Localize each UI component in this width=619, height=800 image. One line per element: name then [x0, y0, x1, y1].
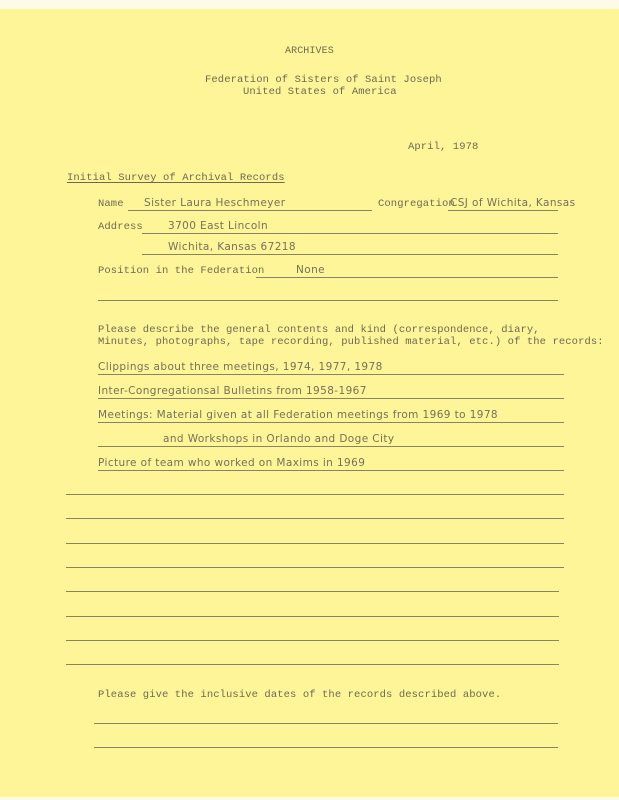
contents-entry[interactable]: Inter-Congregationsal Bulletins from 195…: [98, 385, 367, 397]
contents-line: [98, 422, 564, 423]
congregation-field[interactable]: CSJ of Wichita, Kansas: [450, 197, 576, 209]
form-heading: Initial Survey of Archival Records: [67, 172, 285, 184]
blank-line: [66, 567, 564, 568]
contents-entry[interactable]: Meetings: Material given at all Federati…: [98, 409, 498, 421]
position-label: Position in the Federation: [98, 265, 264, 277]
address-field-1[interactable]: 3700 East Lincoln: [168, 220, 268, 232]
address-label: Address: [98, 221, 143, 233]
contents-entry[interactable]: Picture of team who worked on Maxims in …: [98, 457, 365, 469]
position-extra-line: [98, 300, 558, 301]
dates-prompt: Please give the inclusive dates of the r…: [98, 689, 501, 701]
contents-entry[interactable]: Clippings about three meetings, 1974, 19…: [98, 361, 383, 373]
address-field-2[interactable]: Wichita, Kansas 67218: [168, 241, 296, 253]
dates-line: [94, 747, 558, 748]
organization-name: Federation of Sisters of Saint Joseph: [205, 74, 442, 86]
contents-prompt-1: Please describe the general contents and…: [98, 324, 540, 336]
contents-line: [98, 446, 564, 447]
contents-line: [98, 374, 564, 375]
blank-line: [66, 591, 559, 592]
country: United States of America: [243, 86, 397, 98]
congregation-field-line: [448, 210, 558, 211]
form-page: [0, 9, 619, 797]
contents-entry[interactable]: and Workshops in Orlando and Doge City: [163, 433, 394, 445]
dates-line: [94, 723, 558, 724]
name-label: Name: [98, 198, 124, 210]
form-date: April, 1978: [408, 141, 478, 153]
contents-line: [98, 470, 564, 471]
archives-title: ARCHIVES: [285, 46, 334, 57]
congregation-label: Congregation: [378, 198, 455, 210]
name-field[interactable]: Sister Laura Heschmeyer: [144, 197, 285, 209]
blank-line: [66, 640, 559, 641]
address-line2: [142, 254, 558, 255]
blank-line: [66, 616, 559, 617]
blank-line: [66, 664, 559, 665]
blank-line: [66, 543, 564, 544]
blank-line: [66, 518, 564, 519]
name-field-line: [128, 210, 372, 211]
position-field-line: [256, 277, 558, 278]
position-field[interactable]: None: [296, 264, 325, 276]
contents-line: [98, 398, 564, 399]
address-line1: [142, 233, 558, 234]
contents-prompt-2: Minutes, photographs, tape recording, pu…: [98, 336, 604, 348]
blank-line: [66, 494, 564, 495]
